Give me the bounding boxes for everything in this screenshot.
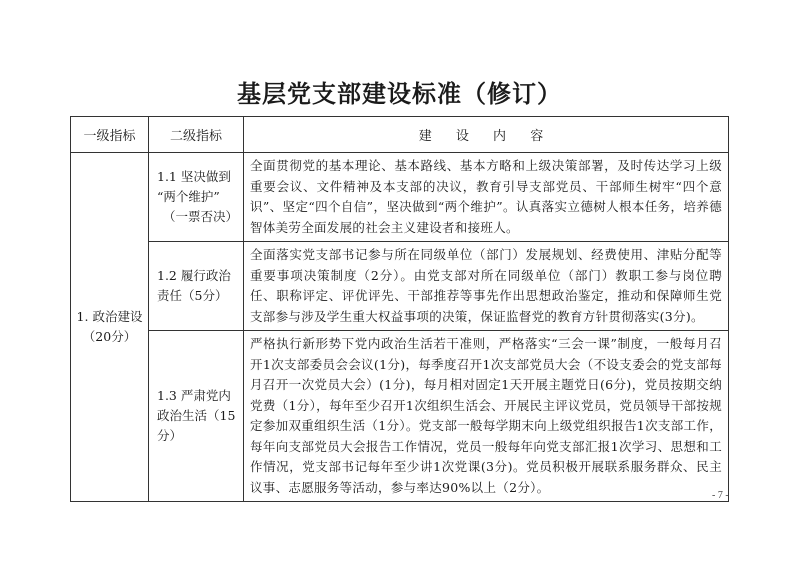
header-level1: 一级指标	[71, 117, 149, 153]
header-level2: 二级指标	[149, 117, 244, 153]
level2-line: 政治生活（15	[157, 406, 238, 426]
table-row: 1.2 履行政治 责任（5分） 全面落实党支部书记参与所在同级单位（部门）发展规…	[71, 242, 729, 331]
level2-line: 1.3 严肃党内	[157, 386, 238, 406]
level2-line: 1.1 坚决做到	[157, 167, 238, 187]
standards-table: 一级指标 二级指标 建 设 内 容 1. 政治建设 （20分） 1.1 坚决做到…	[70, 116, 729, 502]
level2-line: （一票否决）	[157, 207, 238, 227]
content-cell: 严格执行新形势下党内政治生活若干准则，严格落实“三会一课”制度，一般每月召开1次…	[244, 331, 729, 502]
header-content: 建 设 内 容	[244, 117, 729, 153]
content-cell: 全面贯彻党的基本理论、基本路线、基本方略和上级决策部署，及时传达学习上级重要会议…	[244, 153, 729, 242]
table-row: 1. 政治建设 （20分） 1.1 坚决做到 “两个维护” （一票否决） 全面贯…	[71, 153, 729, 242]
content-cell: 全面落实党支部书记参与所在同级单位（部门）发展规划、经费使用、津贴分配等重要事项…	[244, 242, 729, 331]
level2-indicator-cell: 1.3 严肃党内 政治生活（15 分）	[149, 331, 244, 502]
level2-line: “两个维护”	[157, 187, 238, 207]
level2-line: 分）	[157, 426, 238, 446]
level1-score: （20分）	[75, 327, 144, 347]
level2-line: 1.2 履行政治	[157, 266, 238, 286]
level2-indicator-cell: 1.1 坚决做到 “两个维护” （一票否决）	[149, 153, 244, 242]
table-header-row: 一级指标 二级指标 建 设 内 容	[71, 117, 729, 153]
level1-label: 1. 政治建设	[75, 307, 144, 327]
level2-line: 责任（5分）	[157, 286, 238, 306]
table-row: 1.3 严肃党内 政治生活（15 分） 严格执行新形势下党内政治生活若干准则，严…	[71, 331, 729, 502]
page-number: - 7 -	[712, 490, 729, 501]
document-title: 基层党支部建设标准（修订）	[0, 74, 799, 109]
level1-indicator-cell: 1. 政治建设 （20分）	[71, 153, 149, 502]
level2-indicator-cell: 1.2 履行政治 责任（5分）	[149, 242, 244, 331]
